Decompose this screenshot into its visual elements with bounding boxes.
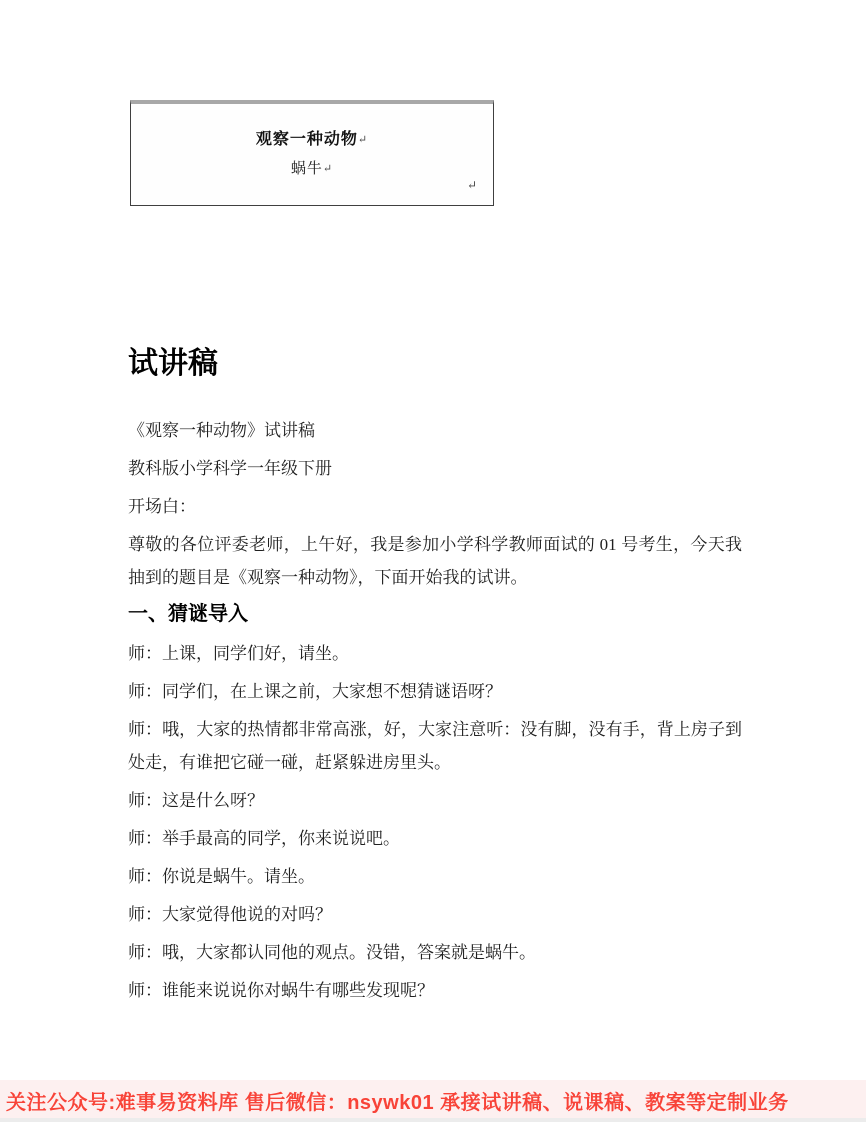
snapshot-lesson-title-text: 观察一种动物 [256, 131, 358, 148]
return-mark-icon: ↵ [323, 163, 333, 175]
snapshot-lesson-subtitle-text: 蜗牛 [291, 161, 323, 177]
paragraph-opening: 尊敬的各位评委老师，上午好，我是参加小学科学教师面试的 01 号考生，今天我抽到… [128, 528, 742, 594]
snapshot-lesson-subtitle: 蜗牛↵ [131, 157, 493, 178]
paragraph-teacher-line: 师：上课，同学们好，请坐。 [128, 637, 742, 670]
return-mark-icon: ↵ [358, 134, 368, 146]
lesson-title-snapshot-box: 观察一种动物↵ 蜗牛↵ ↵ [130, 100, 494, 206]
page-title: 试讲稿 [128, 344, 742, 384]
paragraph-teacher-line: 师：你说是蜗牛。请坐。 [128, 860, 742, 893]
paragraph-teacher-line: 师：谁能来说说你对蜗牛有哪些发现呢？ [128, 974, 742, 1007]
paragraph-subtitle: 《观察一种动物》试讲稿 [128, 414, 742, 447]
return-mark-icon: ↵ [467, 178, 477, 193]
paragraph-teacher-line: 师：哦，大家的热情都非常高涨，好，大家注意听：没有脚，没有手，背上房子到处走，有… [128, 713, 742, 779]
paragraph-opening-label: 开场白： [128, 490, 742, 523]
promo-banner: 关注公众号:难事易资料库 售后微信：nsywk01 承接试讲稿、说课稿、教案等定… [0, 1080, 866, 1122]
paragraph-edition: 教科版小学科学一年级下册 [128, 452, 742, 485]
promo-banner-text: 关注公众号:难事易资料库 售后微信：nsywk01 承接试讲稿、说课稿、教案等定… [0, 1080, 866, 1115]
paragraph-teacher-line: 师：哦，大家都认同他的观点。没错，答案就是蜗牛。 [128, 936, 742, 969]
snapshot-lesson-title: 观察一种动物↵ [131, 126, 493, 149]
document-page: 观察一种动物↵ 蜗牛↵ ↵ 试讲稿 《观察一种动物》试讲稿 教科版小学科学一年级… [0, 0, 866, 1122]
paragraph-teacher-line: 师：同学们，在上课之前，大家想不想猜谜语呀？ [128, 675, 742, 708]
banner-bottom-strip [0, 1118, 866, 1122]
paragraph-teacher-line: 师：举手最高的同学，你来说说吧。 [128, 822, 742, 855]
document-content: 试讲稿 《观察一种动物》试讲稿 教科版小学科学一年级下册 开场白： 尊敬的各位评… [128, 344, 742, 1012]
paragraph-teacher-line: 师：这是什么呀？ [128, 784, 742, 817]
paragraph-teacher-line: 师：大家觉得他说的对吗？ [128, 898, 742, 931]
section-heading-riddle-intro: 一、猜谜导入 [128, 599, 742, 629]
